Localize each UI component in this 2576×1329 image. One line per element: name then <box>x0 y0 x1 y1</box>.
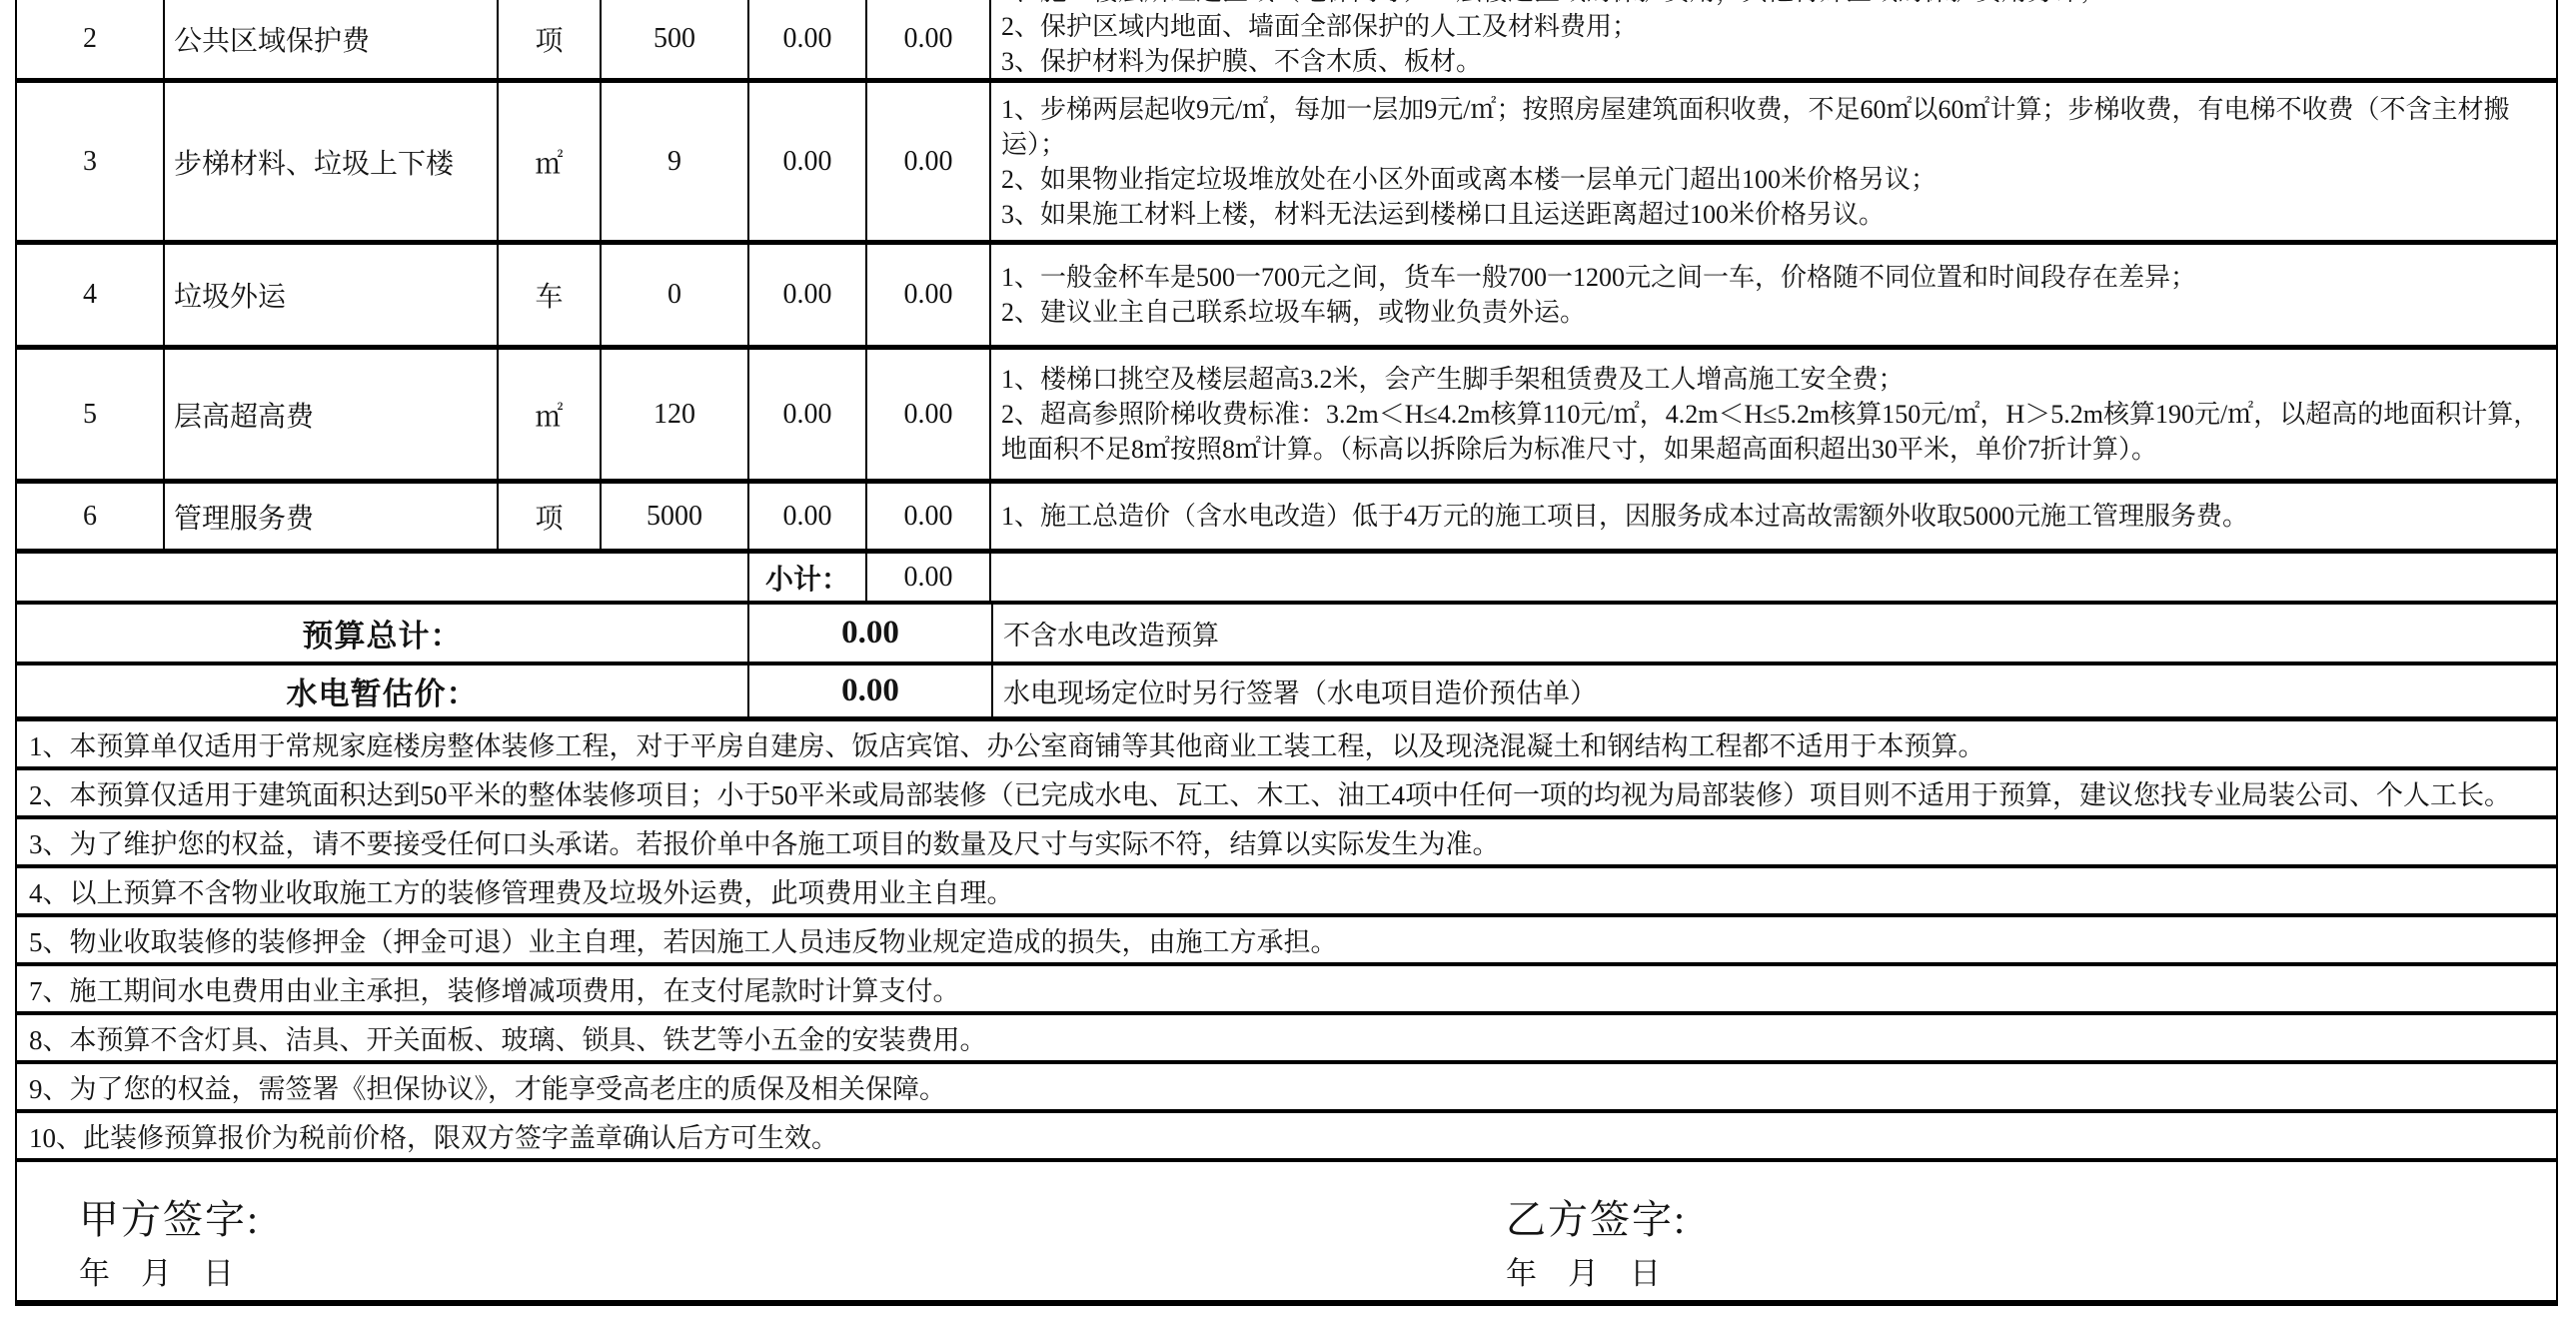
hydro-estimate-row: 水电暂估价： 0.00 水电现场定位时另行签署（水电项目造价预估单） <box>17 665 2556 721</box>
footnote-row: 9、为了您的权益，需签署《担保协议》，才能享受高老庄的质保及相关保障。 <box>17 1064 2556 1113</box>
note-line: 1、施工楼层所经过区域（电梯内等）一层楼道区域的保护费用，其他特殊区域的保护费用… <box>1001 0 2540 9</box>
grand-total-note: 不含水电改造预算 <box>993 605 2556 662</box>
footnote-row: 10、此装修预算报价为税前价格，限双方签字盖章确认后方可生效。 <box>17 1113 2556 1162</box>
item-name-cell: 管理服务费 <box>165 484 499 549</box>
item-name-cell: 步梯材料、垃圾上下楼 <box>165 83 499 240</box>
note-line: 1、施工总造价（含水电改造）低于4万元的施工项目，因服务成本过高故需额外收取50… <box>1001 499 2540 534</box>
footnote-text: 7、施工期间水电费用由业主承担，装修增减项费用，在支付尾款时计算支付。 <box>17 966 2556 1011</box>
item-name-cell: 公共区域保护费 <box>165 0 499 78</box>
grand-total-label: 预算总计： <box>17 605 749 662</box>
amount-cell: 0.00 <box>867 83 991 240</box>
grand-total-value: 0.00 <box>749 605 993 662</box>
serial-cell: 2 <box>17 0 165 78</box>
unit-cell: 车 <box>499 245 602 345</box>
serial-cell: 5 <box>17 350 165 479</box>
quantity-cell: 0 <box>602 245 749 345</box>
hydro-estimate-note: 水电现场定位时另行签署（水电项目造价预估单） <box>993 665 2556 716</box>
note-line: 2、建议业主自己联系垃圾车辆，或物业负责外运。 <box>1001 295 2540 330</box>
budget-document: { "items": { "rows": [ { "no": "2", "nam… <box>0 0 2576 1329</box>
quantity-cell: 120 <box>602 350 749 479</box>
serial-cell: 6 <box>17 484 165 549</box>
quantity-cell: 9 <box>602 83 749 240</box>
footnote-text: 9、为了您的权益，需签署《担保协议》，才能享受高老庄的质保及相关保障。 <box>17 1064 2556 1109</box>
note-line: 3、保护材料为保护膜、不含木质、板材。 <box>1001 44 2540 78</box>
footnote-text: 2、本预算仅适用于建筑面积达到50平米的整体装修项目；小于50平米或局部装修（已… <box>17 770 2556 815</box>
footnote-row: 1、本预算单仅适用于常规家庭楼房整体装修工程，对于平房自建房、饭店宾馆、办公室商… <box>17 721 2556 770</box>
note-line: 1、一般金杯车是500一700元之间，货车一般700一1200元之间一车，价格随… <box>1001 260 2540 295</box>
notes-cell: 1、步梯两层起收9元/㎡，每加一层加9元/㎡；按照房屋建筑面积收费，不足60㎡以… <box>991 83 2556 240</box>
note-line: 2、如果物业指定垃圾堆放处在小区外面或离本楼一层单元门超出100米价格另议； <box>1001 162 2540 197</box>
unit-cell: ㎡ <box>499 350 602 479</box>
note-line: 2、保护区域内地面、墙面全部保护的人工及材料费用； <box>1001 9 2540 44</box>
party-b-date-line: 年 月 日 <box>1506 1248 1661 1293</box>
footnote-text: 1、本预算单仅适用于常规家庭楼房整体装修工程，对于平房自建房、饭店宾馆、办公室商… <box>17 721 2556 766</box>
footnote-text: 5、物业收取装修的装修押金（押金可退）业主自理，若因施工人员违反物业规定造成的损… <box>17 917 2556 962</box>
note-line: 1、步梯两层起收9元/㎡，每加一层加9元/㎡；按照房屋建筑面积收费，不足60㎡以… <box>1001 92 2540 162</box>
notes-cell: 1、施工楼层所经过区域（电梯内等）一层楼道区域的保护费用，其他特殊区域的保护费用… <box>991 0 2556 78</box>
amount-cell: 0.00 <box>867 0 991 78</box>
item-row: 2 公共区域保护费 项 500 0.00 0.00 1、施工楼层所经过区域（电梯… <box>17 0 2556 83</box>
footnote-row: 3、为了维护您的权益，请不要接受任何口头承诺。若报价单中各施工项目的数量及尺寸与… <box>17 819 2556 868</box>
unit-price-cell: 0.00 <box>749 484 867 549</box>
notes-cell: 1、施工总造价（含水电改造）低于4万元的施工项目，因服务成本过高故需额外收取50… <box>991 484 2556 549</box>
item-row: 3 步梯材料、垃圾上下楼 ㎡ 9 0.00 0.00 1、步梯两层起收9元/㎡，… <box>17 83 2556 245</box>
note-line: 2、超高参照阶梯收费标准：3.2m＜H≤4.2m核算110元/㎡，4.2m＜H≤… <box>1001 397 2540 467</box>
notes-cell: 1、一般金杯车是500一700元之间，货车一般700一1200元之间一车，价格随… <box>991 245 2556 345</box>
amount-cell: 0.00 <box>867 245 991 345</box>
footnote-text: 4、以上预算不含物业收取施工方的装修管理费及垃圾外运费，此项费用业主自理。 <box>17 868 2556 913</box>
unit-cell: 项 <box>499 484 602 549</box>
party-a-date-line: 年 月 日 <box>79 1248 234 1293</box>
signature-row: 甲方签字: 年 月 日 乙方签字: 年 月 日 <box>17 1162 2556 1306</box>
unit-price-cell: 0.00 <box>749 0 867 78</box>
subtotal-label: 小计： <box>749 554 867 601</box>
notes-cell <box>991 554 2556 601</box>
grand-total-row: 预算总计： 0.00 不含水电改造预算 <box>17 605 2556 665</box>
subtotal-row: 小计： 0.00 <box>17 554 2556 605</box>
note-line: 3、如果施工材料上楼，材料无法运到楼梯口且运送距离超过100米价格另议。 <box>1001 197 2540 232</box>
unit-price-cell: 0.00 <box>749 245 867 345</box>
item-row: 5 层高超高费 ㎡ 120 0.00 0.00 1、楼梯口挑空及楼层超高3.2米… <box>17 350 2556 484</box>
unit-price-cell: 0.00 <box>749 83 867 240</box>
quantity-cell: 500 <box>602 0 749 78</box>
hydro-estimate-value: 0.00 <box>749 665 993 716</box>
budget-sheet: 2 公共区域保护费 项 500 0.00 0.00 1、施工楼层所经过区域（电梯… <box>15 0 2558 1306</box>
notes-cell: 1、楼梯口挑空及楼层超高3.2米，会产生脚手架租赁费及工人增高施工安全费； 2、… <box>991 350 2556 479</box>
serial-cell: 4 <box>17 245 165 345</box>
footnote-text: 3、为了维护您的权益，请不要接受任何口头承诺。若报价单中各施工项目的数量及尺寸与… <box>17 819 2556 864</box>
footnote-text: 8、本预算不含灯具、洁具、开关面板、玻璃、锁具、铁艺等小五金的安装费用。 <box>17 1015 2556 1060</box>
serial-cell: 3 <box>17 83 165 240</box>
subtotal-blank-cell <box>17 554 749 601</box>
footnote-row: 4、以上预算不含物业收取施工方的装修管理费及垃圾外运费，此项费用业主自理。 <box>17 868 2556 917</box>
amount-cell: 0.00 <box>867 350 991 479</box>
footnote-row: 5、物业收取装修的装修押金（押金可退）业主自理，若因施工人员违反物业规定造成的损… <box>17 917 2556 966</box>
item-row: 4 垃圾外运 车 0 0.00 0.00 1、一般金杯车是500一700元之间，… <box>17 245 2556 350</box>
item-row: 6 管理服务费 项 5000 0.00 0.00 1、施工总造价（含水电改造）低… <box>17 484 2556 554</box>
unit-cell: 项 <box>499 0 602 78</box>
footnote-row: 2、本预算仅适用于建筑面积达到50平米的整体装修项目；小于50平米或局部装修（已… <box>17 770 2556 819</box>
hydro-estimate-label: 水电暂估价： <box>17 665 749 716</box>
party-b-signature-label: 乙方签字: <box>1506 1188 1687 1245</box>
item-name-cell: 垃圾外运 <box>165 245 499 345</box>
note-line: 1、楼梯口挑空及楼层超高3.2米，会产生脚手架租赁费及工人增高施工安全费； <box>1001 362 2540 397</box>
footnote-row: 7、施工期间水电费用由业主承担，装修增减项费用，在支付尾款时计算支付。 <box>17 966 2556 1015</box>
footnote-text: 10、此装修预算报价为税前价格，限双方签字盖章确认后方可生效。 <box>17 1113 2556 1158</box>
footnote-row: 8、本预算不含灯具、洁具、开关面板、玻璃、锁具、铁艺等小五金的安装费用。 <box>17 1015 2556 1064</box>
unit-cell: ㎡ <box>499 83 602 240</box>
subtotal-value: 0.00 <box>867 554 991 601</box>
item-name-cell: 层高超高费 <box>165 350 499 479</box>
unit-price-cell: 0.00 <box>749 350 867 479</box>
amount-cell: 0.00 <box>867 484 991 549</box>
party-a-signature-label: 甲方签字: <box>79 1188 260 1245</box>
quantity-cell: 5000 <box>602 484 749 549</box>
